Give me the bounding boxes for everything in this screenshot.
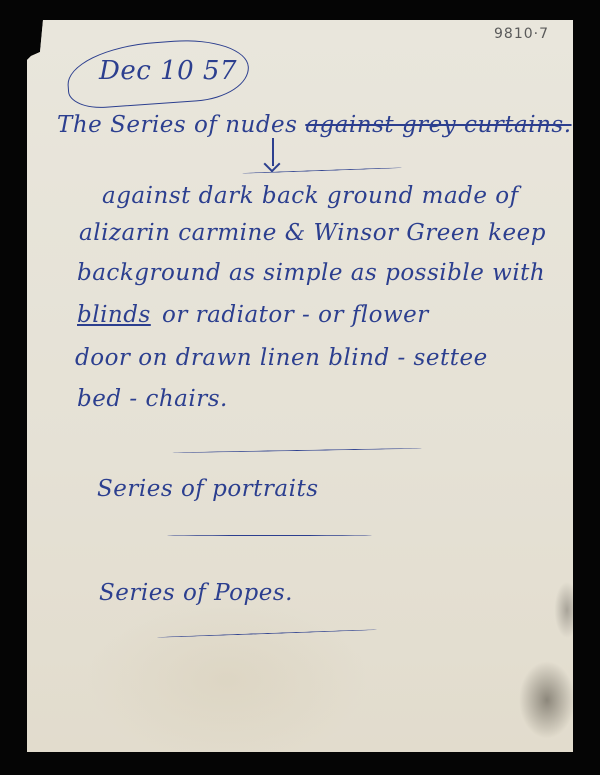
body-line: door on drawn linen blind - settee (75, 345, 488, 371)
body-line: background as simple as possible with (77, 260, 545, 286)
body-line: alizarin carmine & Winsor Green keep (79, 220, 546, 246)
body-line: against dark back ground made of (102, 183, 519, 209)
struck-through-text: against grey curtains. (305, 112, 571, 138)
section-label: Series of Popes. (99, 580, 293, 606)
insertion-arrow-icon (272, 138, 274, 166)
insertion-line (242, 167, 402, 174)
body-line: blinds (77, 302, 151, 328)
body-line-rest: or radiator - or flower (162, 302, 429, 328)
date-heading: Dec 10 57 (99, 56, 237, 86)
heading-prefix: The Series of nudes (57, 112, 297, 138)
heading-line: The Series of nudes against grey curtain… (57, 112, 572, 138)
catalog-number: 9810·7 (494, 26, 549, 42)
body-line: bed - chairs. (77, 386, 228, 412)
section-divider (172, 448, 422, 453)
section-divider (167, 535, 372, 536)
section-divider (157, 629, 377, 638)
section-label: Series of portraits (97, 476, 319, 502)
manuscript-page: 9810·7 Dec 10 57 The Series of nudes aga… (27, 20, 573, 752)
underlined-word: blinds (77, 302, 151, 328)
